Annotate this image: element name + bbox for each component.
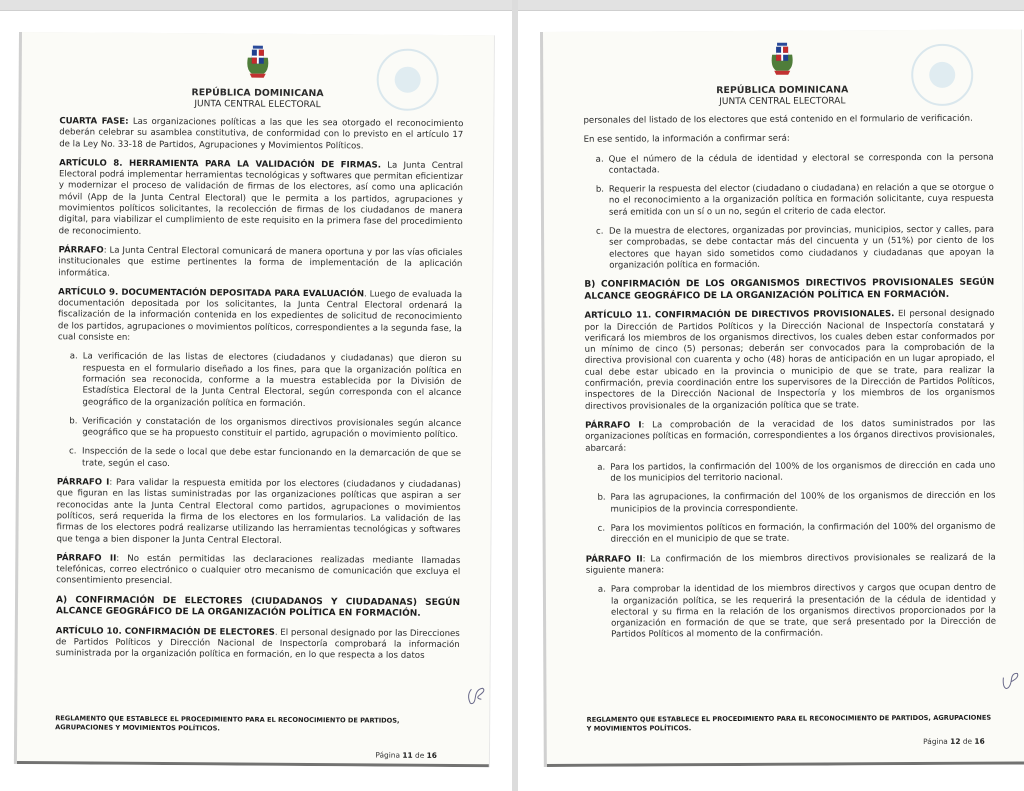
intro-paragraph: En ese sentido, la información a confirm… [584, 133, 994, 146]
list-item: b.Requerir la respuesta del elector (ciu… [584, 183, 994, 219]
article-10: ARTÍCULO 10. CONFIRMACIÓN DE ELECTORES. … [56, 626, 460, 663]
list-item: b.Verificación y constatación de los org… [57, 416, 461, 441]
document-footer: REGLAMENTO QUE ESTABLECE EL PROCEDIMIENT… [587, 714, 995, 733]
handwritten-initials-icon [465, 685, 487, 707]
list-item: c.De la muestra de electores, organizada… [584, 225, 994, 272]
list-item: c.Inspección de la sede o local que debe… [57, 447, 461, 472]
document-page-12: REPÚBLICA DOMINICANA JUNTA CENTRAL ELECT… [540, 29, 1024, 767]
page-header: REPÚBLICA DOMINICANA JUNTA CENTRAL ELECT… [543, 29, 1021, 110]
list-item: a.Para comprobar la identidad de los mie… [586, 583, 996, 642]
article-9-paragraph-1: PÁRRAFO I: Para validar la respuesta emi… [56, 477, 460, 548]
list-item: a.Para los partidos, la confirmación del… [585, 460, 995, 485]
page-divider [512, 0, 518, 791]
article-11-paragraph-1: PÁRRAFO I: La comprobación de la veracid… [585, 419, 995, 455]
page-header: REPÚBLICA DOMINICANA JUNTA CENTRAL ELECT… [21, 32, 494, 113]
article-11-paragraph-2: PÁRRAFO II: La confirmación de los miemb… [586, 552, 996, 577]
article-11: ARTÍCULO 11. CONFIRMACIÓN DE DIRECTIVOS … [584, 309, 995, 413]
continuation-paragraph: personales del listado de los electores … [583, 114, 993, 127]
cuarta-fase-paragraph: CUARTA FASE: Las organizaciones política… [59, 116, 463, 153]
page-number: Página 11 de 16 [375, 751, 437, 760]
article-8-paragraph: PÁRRAFO: La Junta Central Electoral comu… [58, 245, 462, 282]
page-edge [17, 761, 489, 767]
article-8: ARTÍCULO 8. HERRAMIENTA PARA LA VALIDACI… [59, 158, 464, 240]
list-item: c.Para los movimientos políticos en form… [586, 522, 996, 547]
coat-of-arms-icon [768, 41, 796, 77]
section-a-heading: A) CONFIRMACIÓN DE ELECTORES (CIUDADANOS… [56, 595, 460, 621]
article-9-paragraph-2: PÁRRAFO II: No están permitidas las decl… [56, 553, 460, 590]
handwritten-initials-icon [998, 669, 1020, 691]
header-subtitle: JUNTA CENTRAL ELECTORAL [543, 95, 1021, 108]
list-item: a.Que el número de la cédula de identida… [584, 152, 994, 177]
article-9: ARTÍCULO 9. DOCUMENTACIÓN DEPOSITADA PAR… [58, 287, 462, 346]
list-item: a.La verificación de las listas de elect… [57, 352, 461, 411]
header-subtitle: JUNTA CENTRAL ELECTORAL [21, 98, 493, 111]
document-footer: REGLAMENTO QUE ESTABLECE EL PROCEDIMIENT… [55, 714, 459, 734]
section-b-heading: B) CONFIRMACIÓN DE LOS ORGANISMOS DIRECT… [584, 278, 994, 303]
document-page-11: REPÚBLICA DOMINICANA JUNTA CENTRAL ELECT… [14, 32, 494, 767]
list-item: b.Para las agrupaciones, la confirmación… [585, 491, 995, 516]
page-body: personales del listado de los electores … [583, 114, 996, 650]
page-body: CUARTA FASE: Las organizaciones política… [56, 116, 464, 670]
page-number: Página 12 de 16 [923, 737, 985, 746]
coat-of-arms-icon [244, 44, 272, 80]
page-edge [547, 761, 1024, 767]
